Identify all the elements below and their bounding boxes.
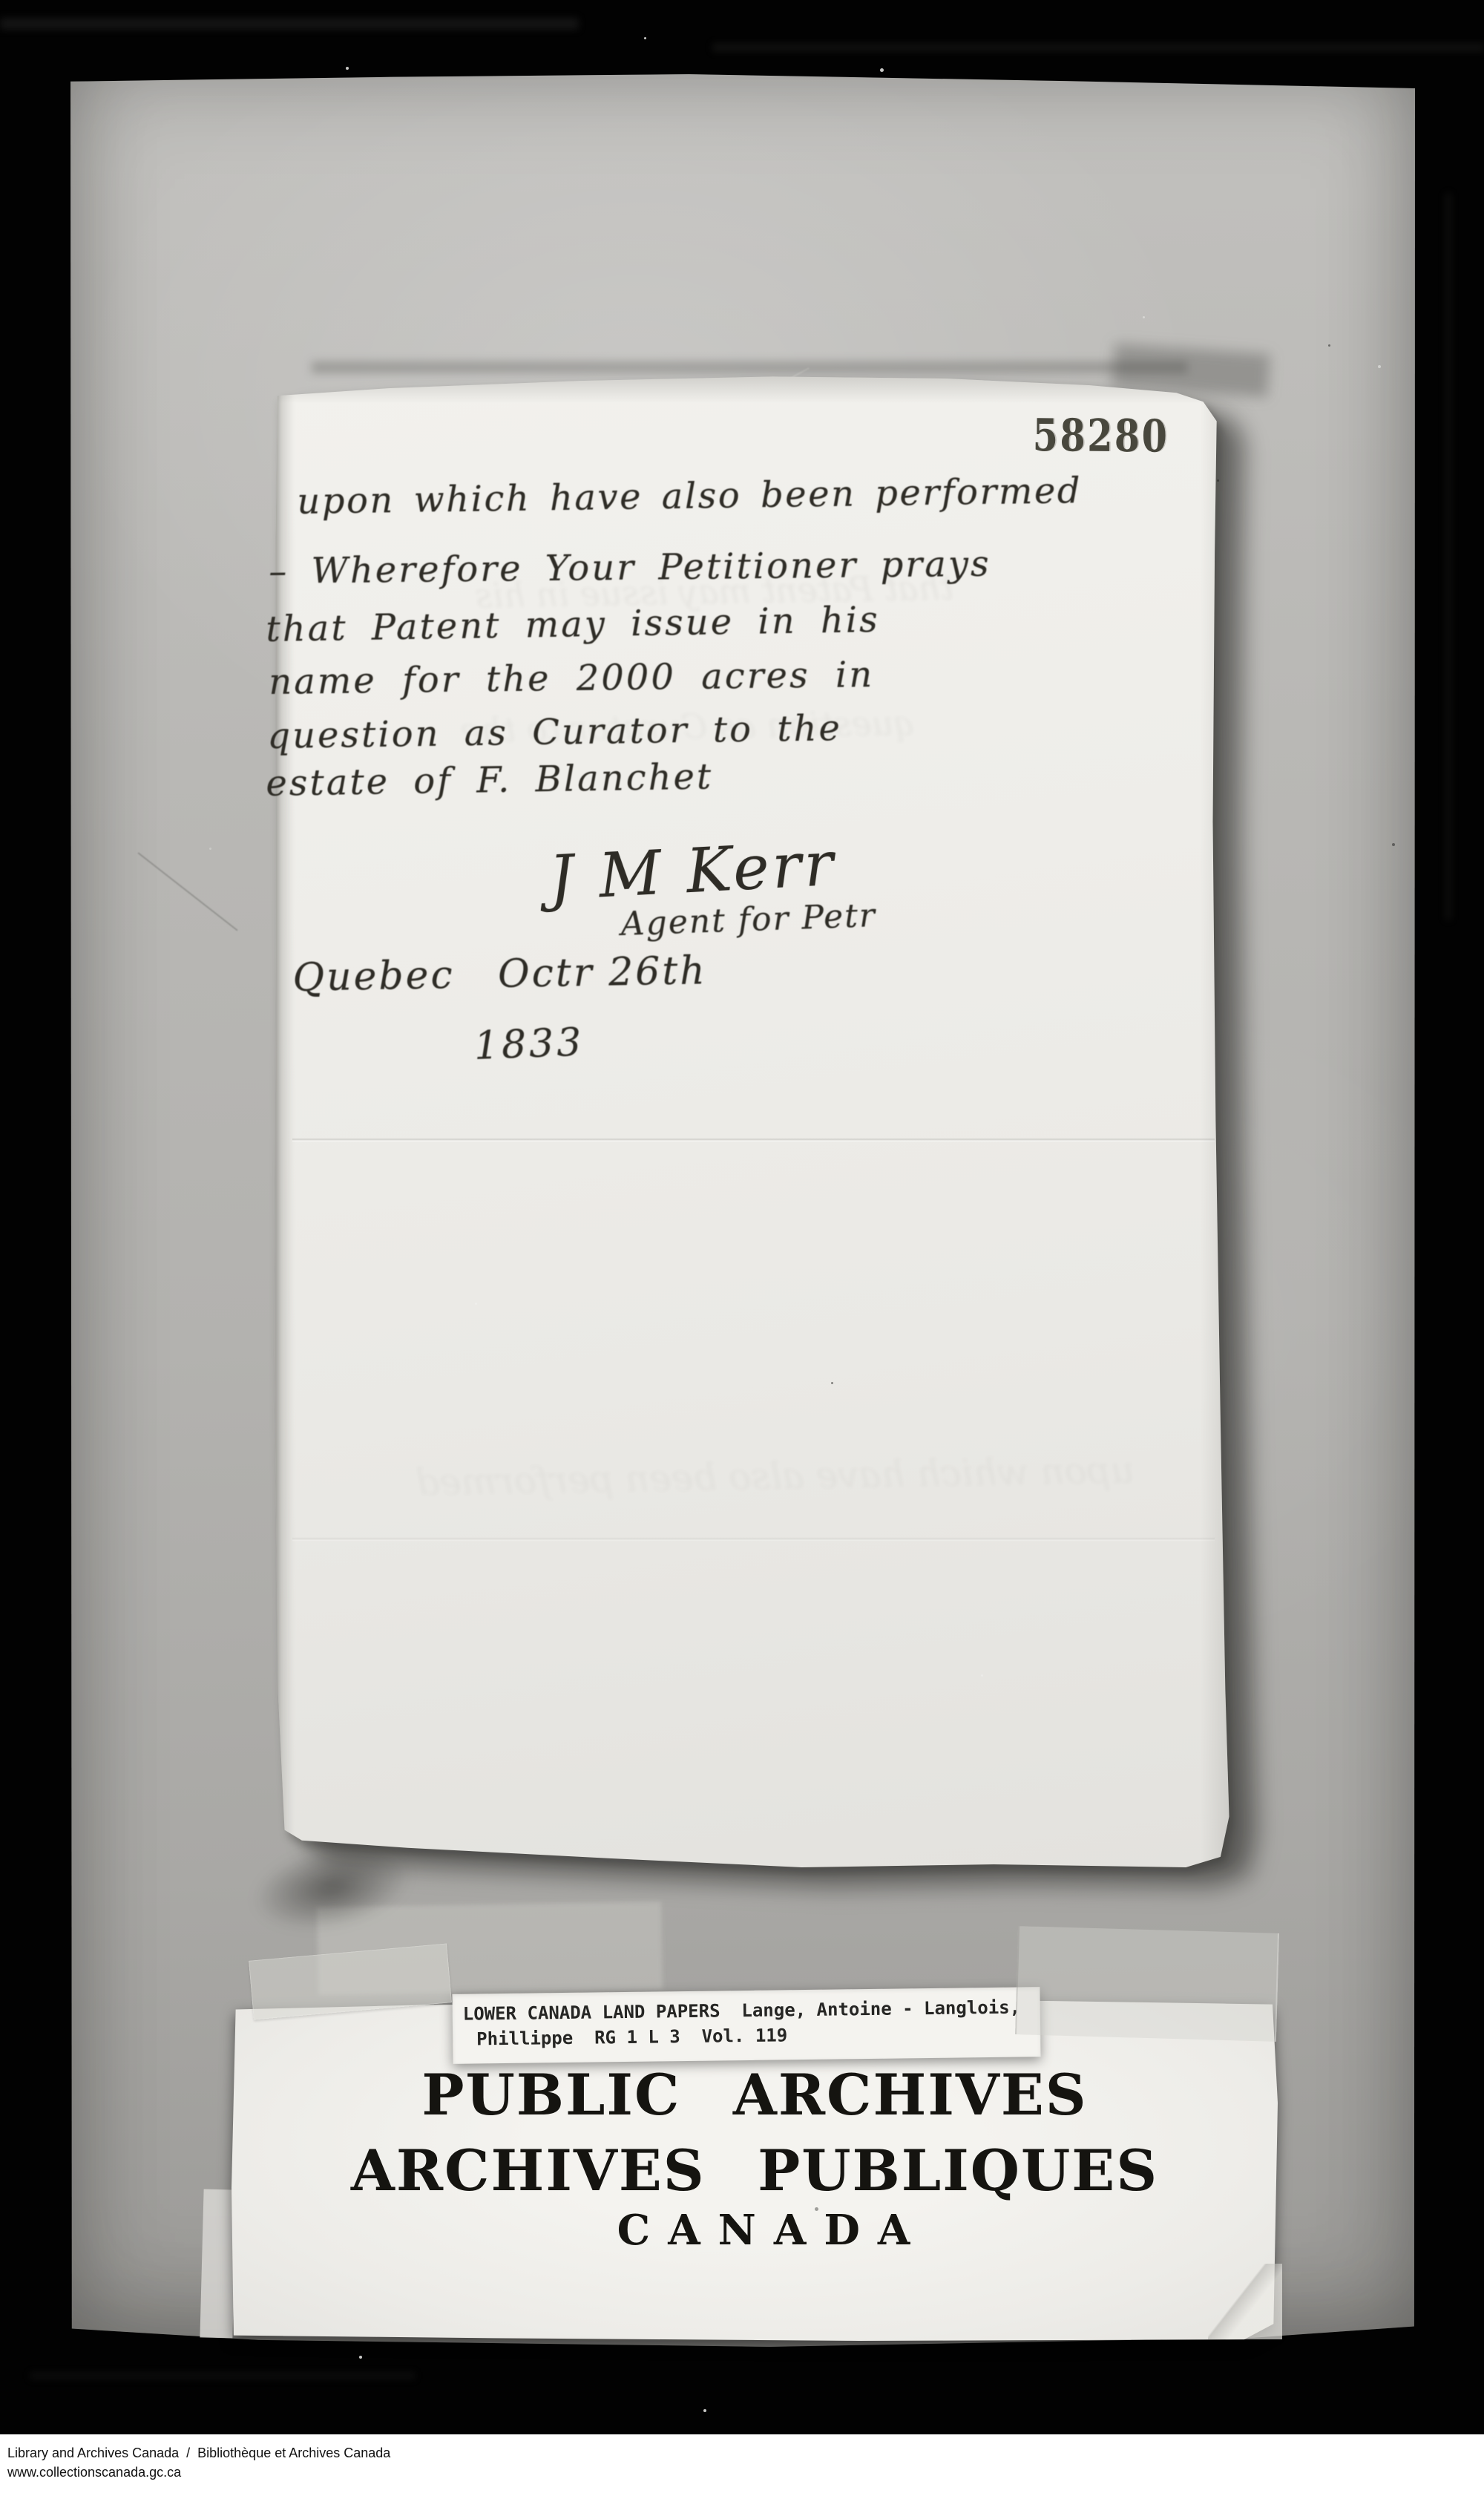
handwriting-line: question as Curator to the <box>267 709 842 756</box>
dust-speck <box>981 1674 983 1677</box>
paper-crease <box>292 1537 1215 1542</box>
dust-speck <box>831 1382 833 1384</box>
dust-speck <box>209 848 211 850</box>
footer-bar: Library and Archives Canada / Bibliothèq… <box>0 2434 1484 2493</box>
handwriting-line: name for the 2000 acres in <box>269 655 874 702</box>
film-streak <box>30 2372 416 2379</box>
handwriting-line: – Wherefore Your Petitioner prays <box>269 545 991 592</box>
dust-speck <box>1392 843 1395 846</box>
dust-speck <box>1217 479 1219 482</box>
archives-card-country: CANADA <box>232 2206 1296 2255</box>
adhesive-tape <box>1015 1926 1279 2042</box>
place-date-line: Quebec Octr 26th <box>292 950 707 1000</box>
archives-card-title-en: PUBLIC ARCHIVES <box>232 2062 1278 2128</box>
handwriting-line: estate of F. Blanchet <box>266 758 714 804</box>
film-streak <box>1445 193 1451 920</box>
page-shadow <box>312 361 1187 373</box>
dust-speck <box>815 2207 818 2211</box>
reference-label-line2: Phillippe RG 1 L 3 Vol. 119 <box>463 2021 1040 2051</box>
handwriting-line: that Patent may issue in his <box>266 600 880 649</box>
film-streak <box>712 43 1484 52</box>
archives-card-title-fr: ARCHIVES PUBLIQUES <box>232 2137 1278 2204</box>
dust-speck <box>1378 365 1381 368</box>
dust-speck <box>359 2356 362 2359</box>
dust-speck <box>1143 316 1145 318</box>
reference-label-line1: LOWER CANADA LAND PAPERS Lange, Antoine … <box>463 1996 1040 2025</box>
paper-crease <box>292 1138 1215 1142</box>
dust-speck <box>346 67 349 70</box>
reference-label-paper: LOWER CANADA LAND PAPERS Lange, Antoine … <box>452 1987 1040 2064</box>
footer-url: www.collectionscanada.gc.ca <box>7 2463 1484 2482</box>
card-corner-fold <box>1208 2264 1282 2339</box>
archival-photo: that Patent may issue in his question as… <box>0 0 1484 2493</box>
film-streak <box>0 18 579 30</box>
dust-speck <box>880 68 884 72</box>
reference-label: LOWER CANADA LAND PAPERS Lange, Antoine … <box>453 1991 1040 2060</box>
archive-stamp-number: 58280 <box>1033 410 1169 463</box>
year-line: 1833 <box>473 1022 585 1068</box>
dust-speck <box>703 2409 706 2412</box>
dust-speck <box>1328 344 1330 347</box>
footer-attribution: Library and Archives Canada / Bibliothèq… <box>7 2443 1484 2463</box>
dust-speck <box>644 37 646 39</box>
dust-speck <box>475 1303 477 1305</box>
